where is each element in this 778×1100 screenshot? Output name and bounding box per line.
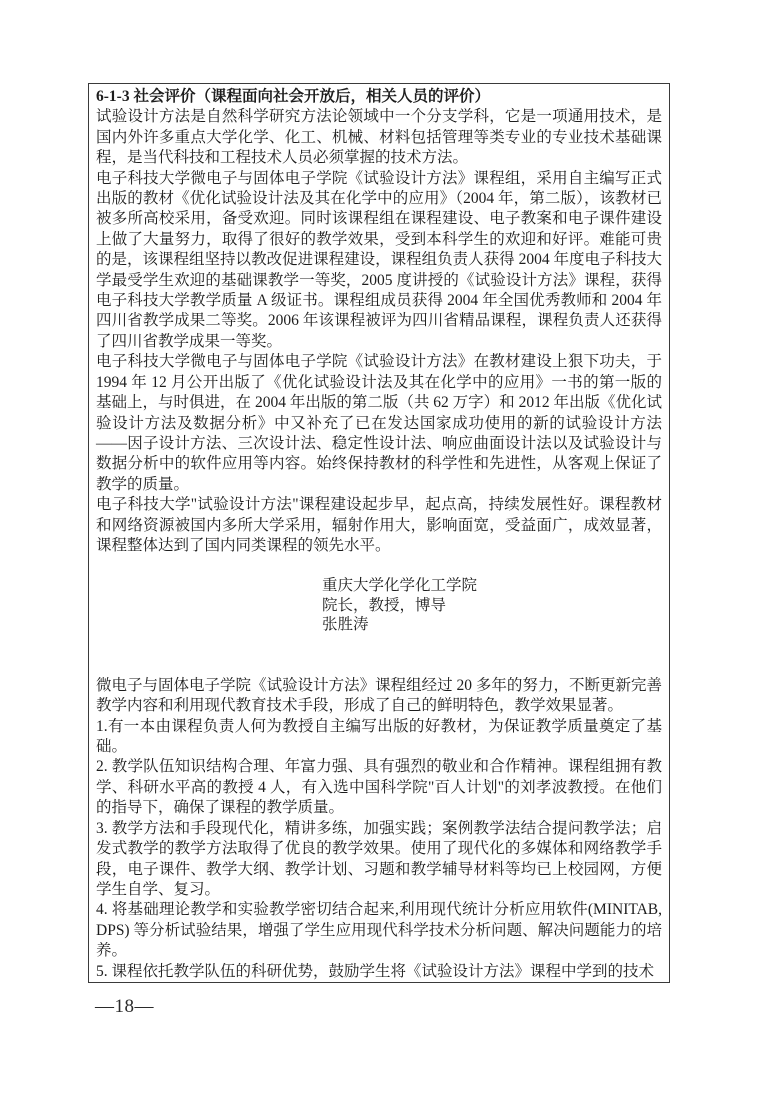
signature-block: 重庆大学化学化工学院 院长，教授，博导 张胜涛 xyxy=(322,576,662,635)
signature-name: 张胜涛 xyxy=(322,615,662,635)
section-title: 6-1-3 社会评价（课程面向社会开放后，相关人员的评价） xyxy=(96,87,662,107)
numbered-item-3: 3. 教学方法和手段现代化，精讲多练，加强实践；案例教学法结合提问教学法；启发式… xyxy=(96,819,662,901)
signature-position: 院长，教授，博导 xyxy=(322,596,662,616)
paragraph-intro: 试验设计方法是自然科学研究方法论领域中一个分支学科，它是一项通用技术，是国内外许… xyxy=(96,107,662,168)
page-number: —18— xyxy=(95,996,154,1018)
evaluation-table-cell: 6-1-3 社会评价（课程面向社会开放后，相关人员的评价） 试验设计方法是自然科… xyxy=(88,83,670,983)
paragraph-course-level: 电子科技大学"试验设计方法"课程建设起步早，起点高，持续发展性好。课程教材和网络… xyxy=(96,495,662,556)
signature-organization: 重庆大学化学化工学院 xyxy=(322,576,662,596)
numbered-item-1: 1.有一本由课程负责人何为教授自主编写出版的好教材，为保证教学质量奠定了基础。 xyxy=(96,717,662,758)
paragraph-summary: 微电子与固体电子学院《试验设计方法》课程组经过 20 多年的努力，不断更新完善教… xyxy=(96,676,662,717)
paragraph-course-group: 电子科技大学微电子与固体电子学院《试验设计方法》课程组，采用自主编写正式出版的教… xyxy=(96,169,662,353)
numbered-item-2: 2. 教学队伍知识结构合理、年富力强、具有强烈的敬业和合作精神。课程组拥有教学、… xyxy=(96,757,662,818)
numbered-item-4: 4. 将基础理论教学和实验教学密切结合起来,利用现代统计分析应用软件(MINIT… xyxy=(96,900,662,961)
paragraph-textbook: 电子科技大学微电子与固体电子学院《试验设计方法》在教材建设上狠下功夫，于 199… xyxy=(96,352,662,495)
numbered-item-5: 5. 课程依托教学队伍的科研优势，鼓励学生将《试验设计方法》课程中学到的技术 xyxy=(96,962,662,982)
